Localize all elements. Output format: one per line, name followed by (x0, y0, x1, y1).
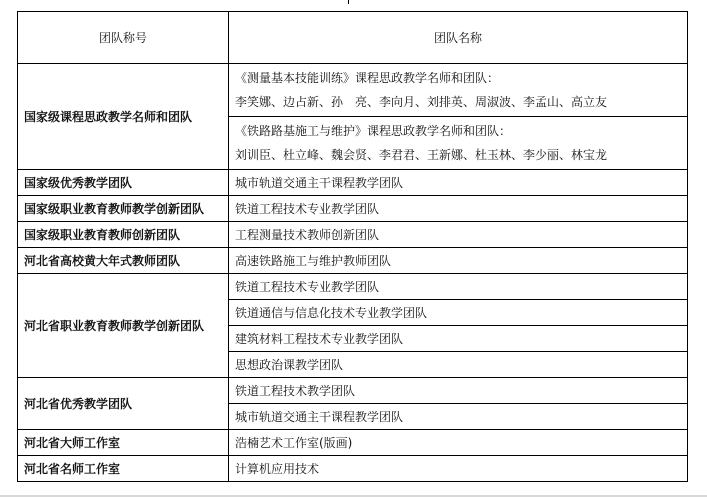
team-title: 国家级职业教育教师教学创新团队 (18, 196, 229, 222)
header-row: 团队称号 团队名称 (18, 12, 688, 64)
team-entry: 浩楠艺术工作室(版画) (229, 430, 688, 456)
team-entry: 城市轨道交通主干课程教学团队 (229, 404, 688, 430)
page-edge-mark (348, 0, 349, 4)
course-team-heading: 《铁路路基施工与维护》课程思政教学名师和团队： (235, 119, 681, 143)
team-entry: 思想政治课教学团队 (229, 352, 688, 378)
teams-table: 团队称号 团队名称 国家级课程思政教学名师和团队 《测量基本技能训练》课程思政教… (17, 11, 688, 482)
table-row: 国家级课程思政教学名师和团队 《测量基本技能训练》课程思政教学名师和团队： 李笑… (18, 64, 688, 117)
table-row: 河北省优秀教学团队 铁道工程技术教学团队 (18, 378, 688, 404)
header-team-title: 团队称号 (18, 12, 229, 64)
team-title: 河北省大师工作室 (18, 430, 229, 456)
course-team-members: 刘训臣、杜立峰、魏会贤、李君君、王新娜、杜玉林、李少丽、林宝龙 (235, 143, 681, 167)
team-entry: 铁道通信与信息化技术专业教学团队 (229, 300, 688, 326)
team-entry: 工程测量技术教师创新团队 (229, 222, 688, 248)
table-row: 河北省名师工作室 计算机应用技术 (18, 456, 688, 482)
team-entry: 城市轨道交通主干课程教学团队 (229, 170, 688, 196)
table-row: 国家级职业教育教师教学创新团队 铁道工程技术专业教学团队 (18, 196, 688, 222)
table-row: 河北省大师工作室 浩楠艺术工作室(版画) (18, 430, 688, 456)
course-team-members: 李笑娜、边占新、孙 亮、李向月、刘排英、周淑波、李孟山、高立友 (235, 90, 681, 114)
team-entry: 建筑材料工程技术专业教学团队 (229, 326, 688, 352)
team-title: 河北省名师工作室 (18, 456, 229, 482)
team-title: 国家级职业教育教师创新团队 (18, 222, 229, 248)
team-title: 河北省优秀教学团队 (18, 378, 229, 430)
table-row: 国家级职业教育教师创新团队 工程测量技术教师创新团队 (18, 222, 688, 248)
table-row: 河北省高校黄大年式教师团队 高速铁路施工与维护教师团队 (18, 248, 688, 274)
table-row: 河北省职业教育教师教学创新团队 铁道工程技术专业教学团队 (18, 274, 688, 300)
team-title: 国家级优秀教学团队 (18, 170, 229, 196)
team-entry: 铁道工程技术专业教学团队 (229, 196, 688, 222)
team-entry: 铁道工程技术教学团队 (229, 378, 688, 404)
course-team-heading: 《测量基本技能训练》课程思政教学名师和团队： (235, 66, 681, 90)
team-entry: 计算机应用技术 (229, 456, 688, 482)
team-entry: 铁道工程技术专业教学团队 (229, 274, 688, 300)
team-entry: 高速铁路施工与维护教师团队 (229, 248, 688, 274)
team-entry: 《测量基本技能训练》课程思政教学名师和团队： 李笑娜、边占新、孙 亮、李向月、刘… (229, 64, 688, 117)
team-title: 河北省高校黄大年式教师团队 (18, 248, 229, 274)
header-team-name: 团队名称 (229, 12, 688, 64)
team-title: 河北省职业教育教师教学创新团队 (18, 274, 229, 378)
team-entry: 《铁路路基施工与维护》课程思政教学名师和团队： 刘训臣、杜立峰、魏会贤、李君君、… (229, 117, 688, 170)
table-row: 国家级优秀教学团队 城市轨道交通主干课程教学团队 (18, 170, 688, 196)
team-title: 国家级课程思政教学名师和团队 (18, 64, 229, 170)
